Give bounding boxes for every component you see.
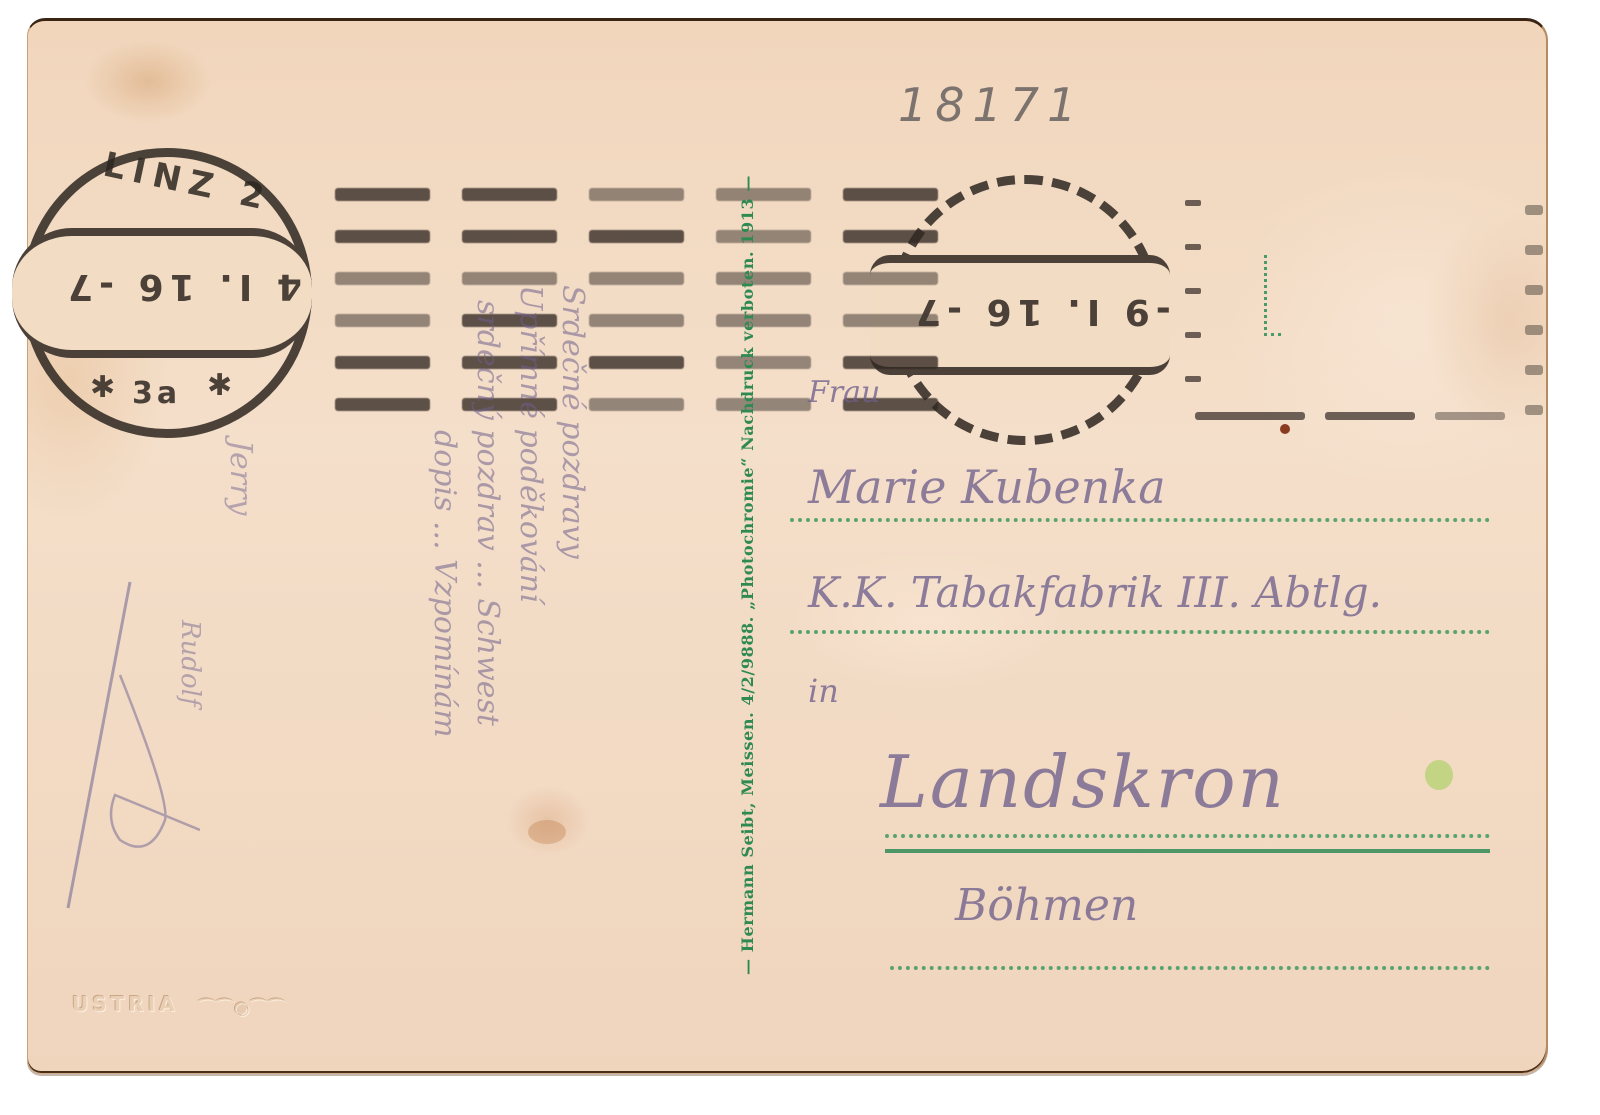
cancellation-bars-edge [1525, 205, 1543, 445]
message-line: Srdečné pozdravy [555, 285, 590, 559]
address-underline [885, 849, 1490, 853]
publisher-imprint: — Hermann Seibt, Meissen. 4/2/9888. „Pho… [738, 175, 757, 975]
address-line-2 [790, 630, 1490, 634]
postmark-date: -9 I. 16 -7 [910, 291, 1171, 332]
address-line-4 [890, 966, 1490, 970]
reference-number: 18171 [898, 78, 1084, 132]
postmark-date: 4 I. 16 -7 [62, 266, 302, 307]
star-icon: ✱ [90, 370, 115, 405]
message-line: Upřímné poděkování [513, 285, 548, 603]
address-city: Landskron [880, 740, 1286, 824]
winged-logo-icon: ⌒⌒◉⌒⌒ [198, 994, 298, 1014]
message-line: dopis ... Vzpomínám [427, 430, 462, 738]
address-name: Marie Kubenka [808, 460, 1166, 514]
postmark-left: LINZ 2 4 I. 16 -7 3a ✱ ✱ [22, 148, 312, 438]
stain [1280, 424, 1290, 434]
postmark-code: 3a [132, 376, 181, 411]
message-line: Jerry [223, 440, 258, 515]
embossed-mark: USTRIA [72, 992, 179, 1016]
address-preposition: in [808, 672, 839, 710]
address-salutation: Frau [808, 375, 880, 410]
address-line2: K.K. Tabakfabrik III. Abtlg. [808, 568, 1382, 617]
stain [528, 820, 566, 844]
cancellation-bars-bottom [1195, 412, 1505, 420]
message-line: srdečný pozdrav ... Schwest [470, 300, 505, 726]
address-region: Böhmen [955, 880, 1138, 931]
address-line-3 [885, 834, 1490, 838]
cancellation-ticks [1185, 200, 1201, 420]
address-line-1 [790, 518, 1490, 522]
stain [1425, 760, 1453, 790]
star-icon: ✱ [207, 368, 232, 403]
stamp-corner-mark [1264, 255, 1281, 336]
signature-flourish [60, 580, 200, 910]
